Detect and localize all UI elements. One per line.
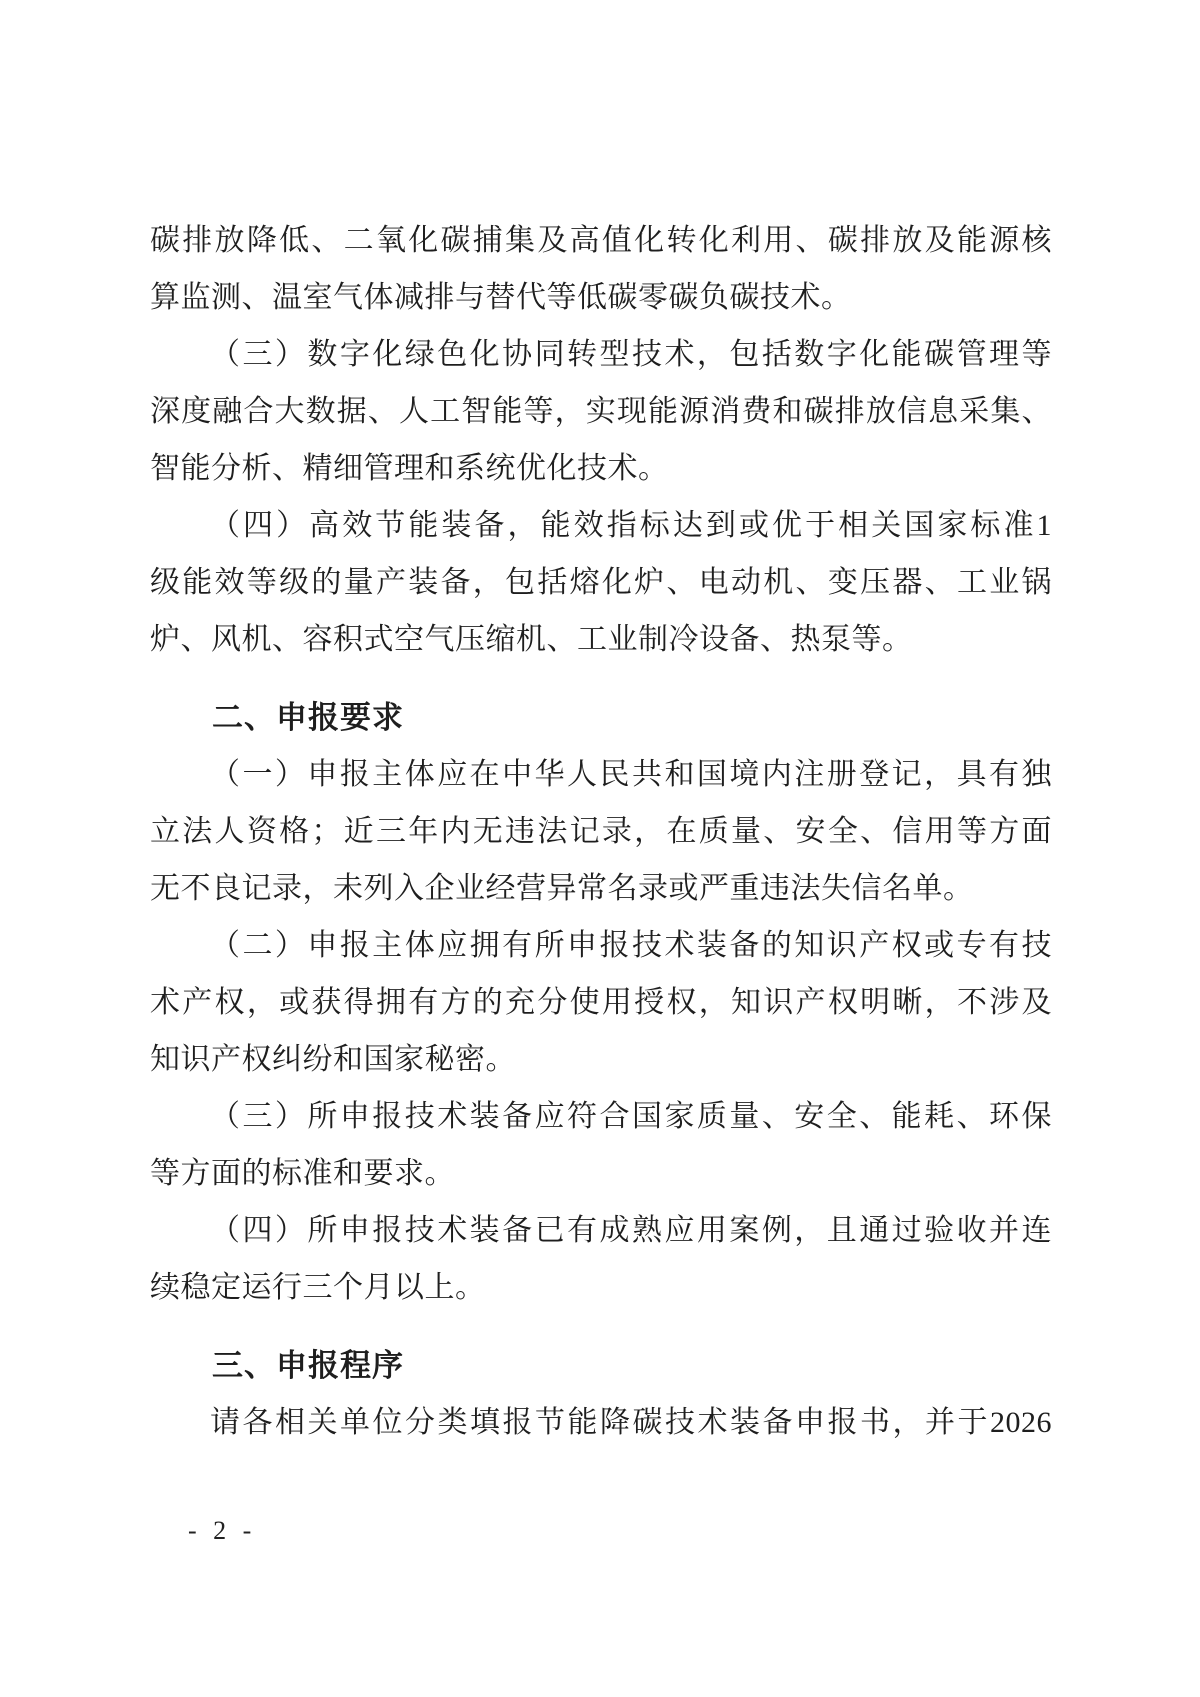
heading-text-line: 三、申报程序	[150, 1337, 1052, 1394]
paragraph: 碳排放降低、二氧化碳捕集及高值化转化利用、碳排放及能源核算监测、温室气体减排与替…	[150, 212, 1052, 326]
paragraph: （三）所申报技术装备应符合国家质量、安全、能耗、环保等方面的标准和要求。	[150, 1088, 1052, 1202]
text-line: （一）申报主体应在中华人民共和国境内注册登记，具有独	[150, 746, 1052, 803]
text-line: 立法人资格；近三年内无违法记录，在质量、安全、信用等方面	[150, 803, 1052, 860]
text-line: 术产权，或获得拥有方的充分使用授权，知识产权明晰，不涉及	[150, 974, 1052, 1031]
section-heading: 三、申报程序	[150, 1337, 1052, 1394]
paragraph: （三）数字化绿色化协同转型技术，包括数字化能碳管理等深度融合大数据、人工智能等，…	[150, 326, 1052, 497]
text-line: 续稳定运行三个月以上。	[150, 1259, 1052, 1316]
text-line: 等方面的标准和要求。	[150, 1145, 1052, 1202]
text-line: 无不良记录，未列入企业经营异常名录或严重违法失信名单。	[150, 860, 1052, 917]
paragraph: （四）所申报技术装备已有成熟应用案例，且通过验收并连续稳定运行三个月以上。	[150, 1202, 1052, 1316]
text-line: （二）申报主体应拥有所申报技术装备的知识产权或专有技	[150, 917, 1052, 974]
paragraph: 请各相关单位分类填报节能降碳技术装备申报书，并于2026	[150, 1394, 1052, 1451]
paragraph: （二）申报主体应拥有所申报技术装备的知识产权或专有技术产权，或获得拥有方的充分使…	[150, 917, 1052, 1088]
text-line: 炉、风机、容积式空气压缩机、工业制冷设备、热泵等。	[150, 611, 1052, 668]
text-line: 智能分析、精细管理和系统优化技术。	[150, 440, 1052, 497]
paragraph: （一）申报主体应在中华人民共和国境内注册登记，具有独立法人资格；近三年内无违法记…	[150, 746, 1052, 917]
text-line: 请各相关单位分类填报节能降碳技术装备申报书，并于2026	[150, 1394, 1052, 1451]
text-line: 算监测、温室气体减排与替代等低碳零碳负碳技术。	[150, 269, 1052, 326]
text-line: （三）所申报技术装备应符合国家质量、安全、能耗、环保	[150, 1088, 1052, 1145]
text-line: （四）所申报技术装备已有成熟应用案例，且通过验收并连	[150, 1202, 1052, 1259]
text-line: 级能效等级的量产装备，包括熔化炉、电动机、变压器、工业锅	[150, 554, 1052, 611]
text-line: （三）数字化绿色化协同转型技术，包括数字化能碳管理等	[150, 326, 1052, 383]
page-number: - 2 -	[188, 1516, 256, 1546]
heading-text-line: 二、申报要求	[150, 689, 1052, 746]
text-line: 知识产权纠纷和国家秘密。	[150, 1031, 1052, 1088]
text-line: 碳排放降低、二氧化碳捕集及高值化转化利用、碳排放及能源核	[150, 212, 1052, 269]
document-content: 碳排放降低、二氧化碳捕集及高值化转化利用、碳排放及能源核算监测、温室气体减排与替…	[150, 212, 1052, 1451]
document-page: 碳排放降低、二氧化碳捕集及高值化转化利用、碳排放及能源核算监测、温室气体减排与替…	[0, 0, 1200, 1697]
paragraph: （四）高效节能装备，能效指标达到或优于相关国家标准1级能效等级的量产装备，包括熔…	[150, 497, 1052, 668]
text-line: （四）高效节能装备，能效指标达到或优于相关国家标准1	[150, 497, 1052, 554]
text-line: 深度融合大数据、人工智能等，实现能源消费和碳排放信息采集、	[150, 383, 1052, 440]
section-heading: 二、申报要求	[150, 689, 1052, 746]
